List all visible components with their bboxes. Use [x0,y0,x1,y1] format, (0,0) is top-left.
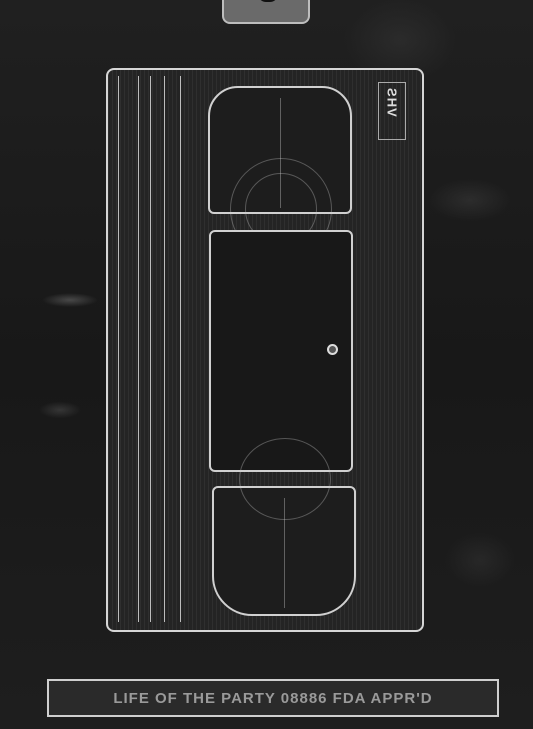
hanging-hole [258,0,278,2]
vhs-cassette-cavity: VHS [106,68,424,632]
hanging-tab [222,0,310,24]
screw-dot [327,344,338,355]
reel-ring [239,438,331,520]
spine-ridge [138,76,139,622]
vhs-logo-text: VHS [385,87,400,117]
spine-ridge [118,76,119,622]
brand-plate-text: LIFE OF THE PARTY 08886 FDA APPR'D [113,690,432,707]
brand-plate: LIFE OF THE PARTY 08886 FDA APPR'D [47,679,499,717]
bottom-reel-window [212,486,356,616]
vhs-logo: VHS [378,82,406,140]
top-reel-window [208,86,352,214]
spine-ridge [164,76,165,622]
spine-ridge [150,76,151,622]
spine-ridge [180,76,181,622]
